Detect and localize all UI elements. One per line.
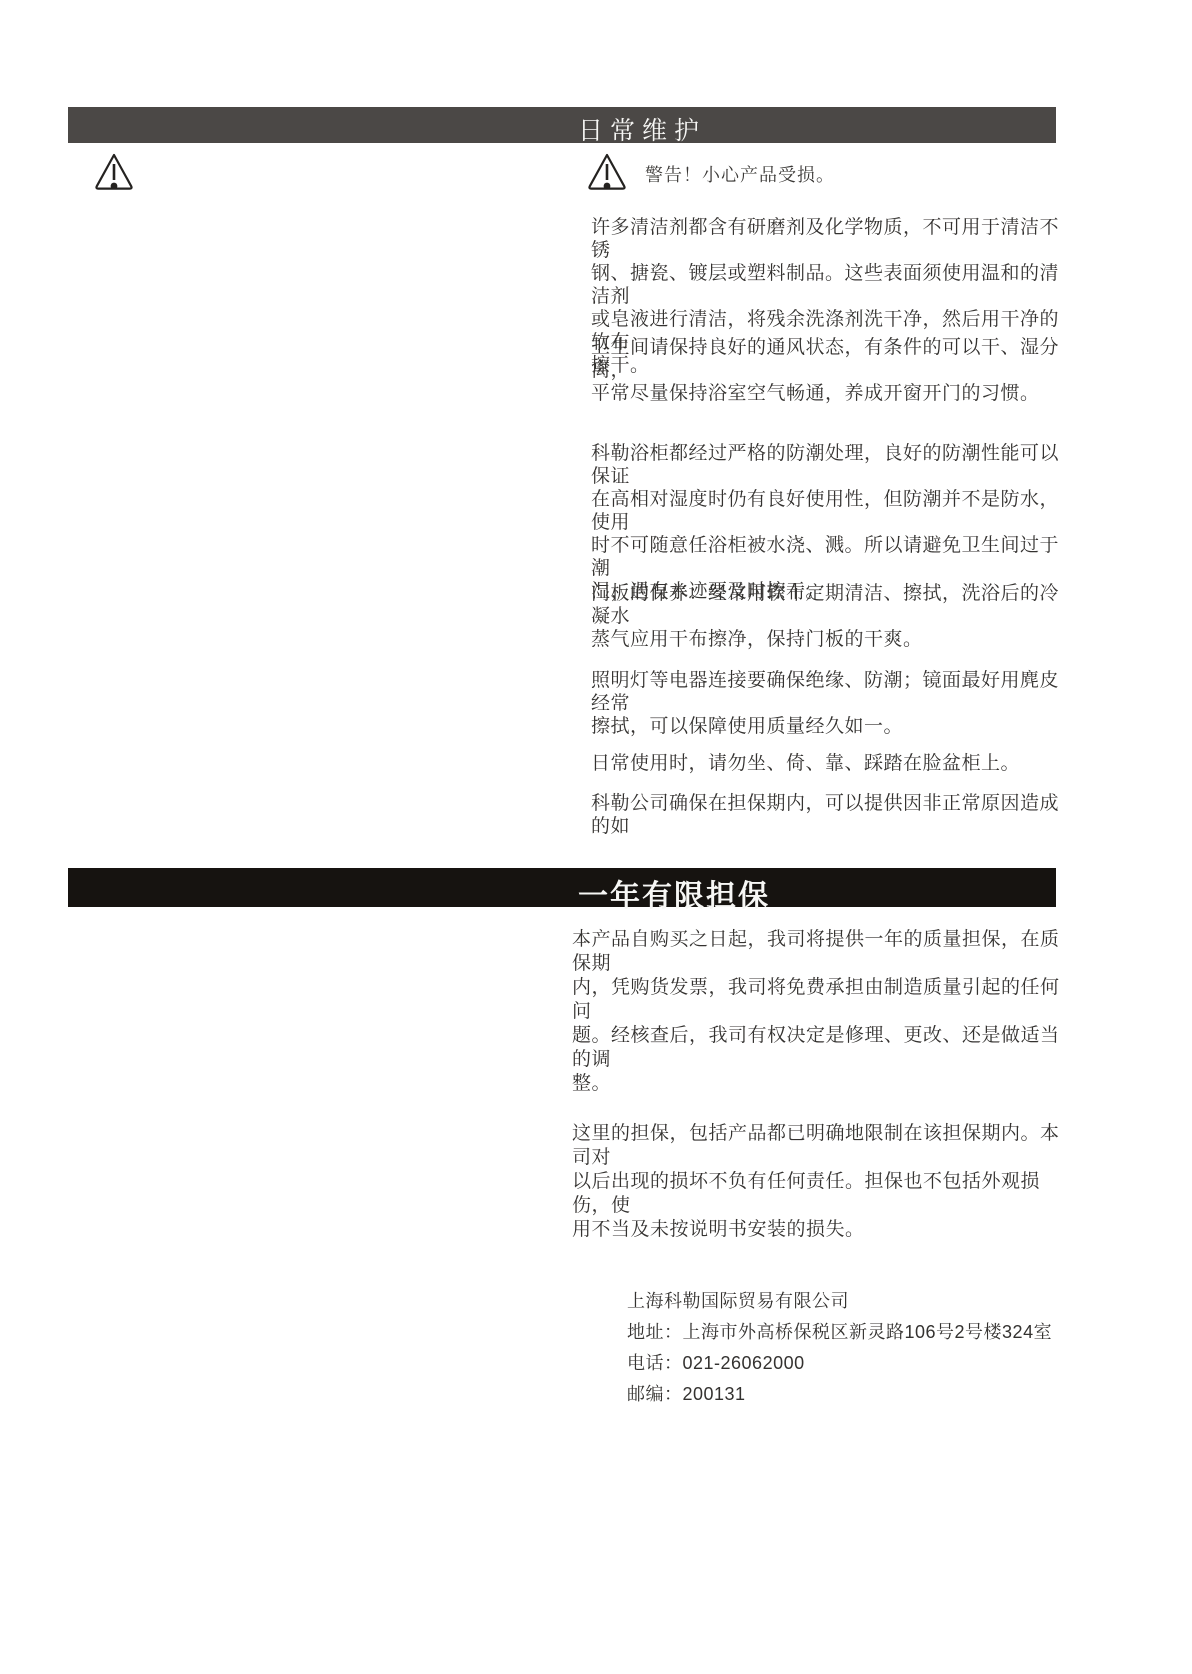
maintenance-paragraph-4: 门板的保养：经常用软布定期清洁、擦拭，洗浴后的冷凝水 蒸气应用干布擦净，保持门板… xyxy=(591,582,1069,651)
company-name: 上海科勒国际贸易有限公司 xyxy=(627,1286,1052,1317)
maintenance-paragraph-6: 日常使用时，请勿坐、倚、靠、踩踏在脸盆柜上。 xyxy=(591,752,1069,775)
maintenance-section-bar: 日常维护 xyxy=(68,107,1056,143)
company-zip: 邮编：200131 xyxy=(627,1379,1052,1410)
maintenance-section-title: 日常维护 xyxy=(578,111,706,147)
manual-page: 日常维护 警告！小心产品受损。 许多清洁剂都含有研磨剂及化学物质，不可用于清洁不… xyxy=(0,0,1192,1674)
maintenance-paragraph-3: 科勒浴柜都经过严格的防潮处理，良好的防潮性能可以保证 在高相对湿度时仍有良好使用… xyxy=(591,442,1069,603)
company-phone: 电话：021-26062000 xyxy=(627,1348,1052,1379)
warranty-section-bar: 一年有限担保 xyxy=(68,868,1056,907)
company-info: 上海科勒国际贸易有限公司 地址：上海市外高桥保税区新灵路106号2号楼324室 … xyxy=(627,1286,1052,1410)
warranty-paragraph-2: 这里的担保，包括产品都已明确地限制在该担保期内。本司对 以后出现的损坏不负有任何… xyxy=(572,1122,1064,1242)
company-address: 地址：上海市外高桥保税区新灵路106号2号楼324室 xyxy=(627,1317,1052,1348)
warranty-section-title: 一年有限担保 xyxy=(578,871,770,915)
warning-label: 警告！小心产品受损。 xyxy=(645,161,835,187)
maintenance-paragraph-5: 照明灯等电器连接要确保绝缘、防潮；镜面最好用麂皮经常 擦拭，可以保障使用质量经久… xyxy=(591,669,1069,738)
warning-triangle-icon xyxy=(586,151,628,193)
maintenance-paragraph-7: 科勒公司确保在担保期内，可以提供因非正常原因造成的如 xyxy=(591,792,1069,838)
warning-triangle-icon xyxy=(93,151,135,193)
maintenance-paragraph-2: 卫生间请保持良好的通风状态，有条件的可以干、湿分离， 平常尽量保持浴室空气畅通，… xyxy=(591,336,1069,405)
warranty-paragraph-1: 本产品自购买之日起，我司将提供一年的质量担保，在质保期 内，凭购货发票，我司将免… xyxy=(572,928,1064,1096)
